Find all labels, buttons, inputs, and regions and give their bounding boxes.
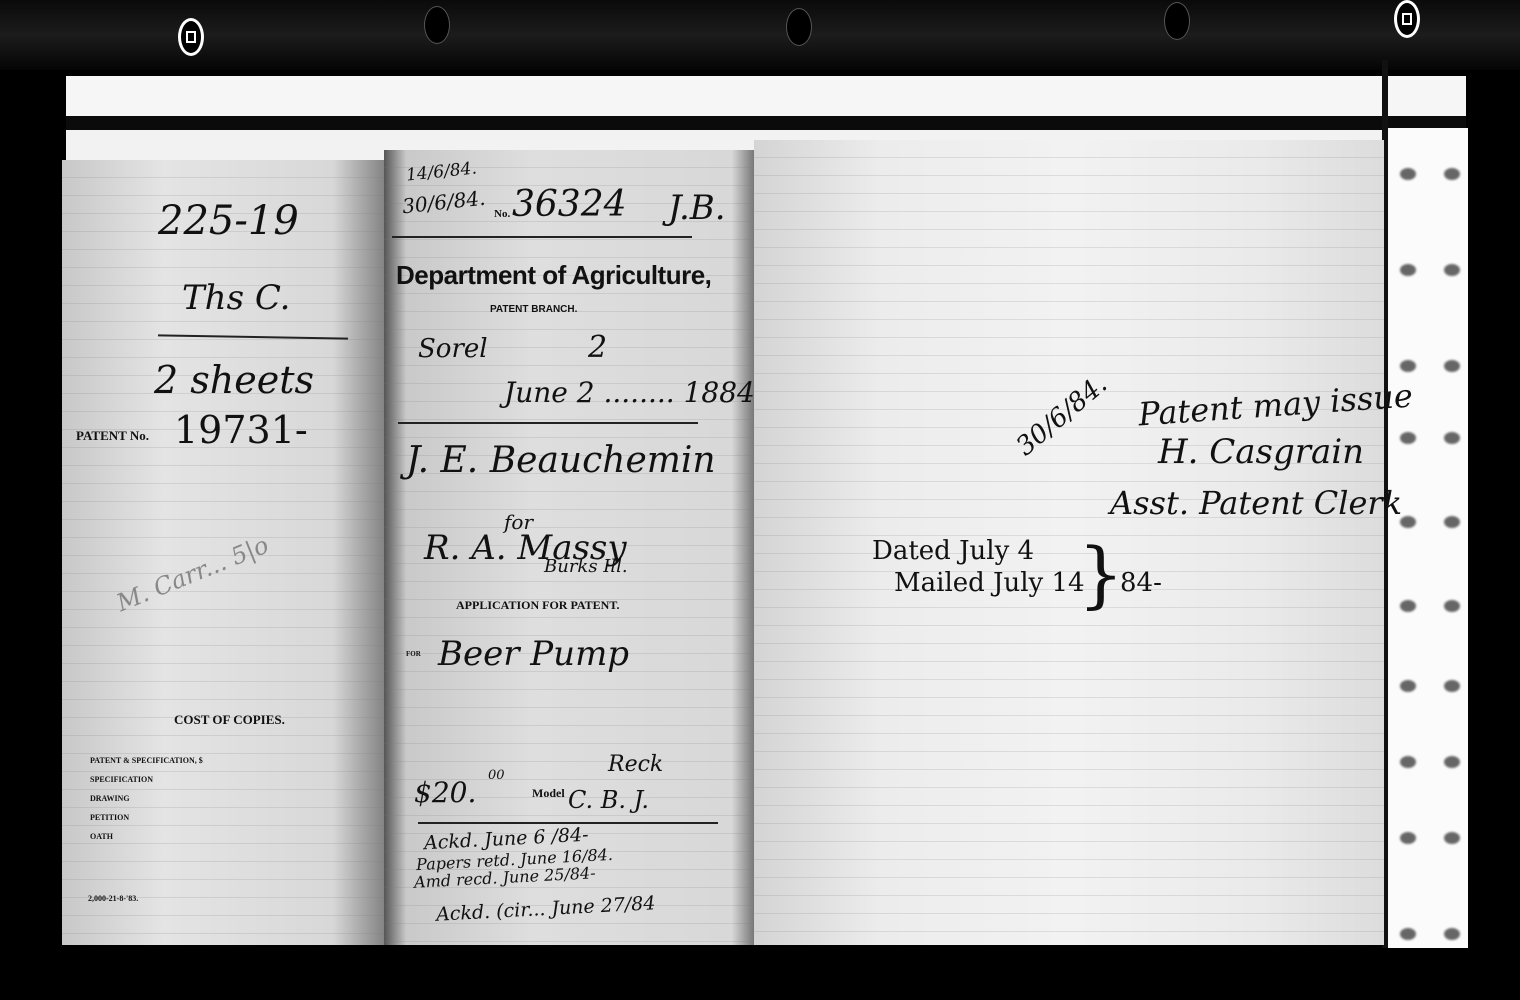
sheets-note: 2 sheets (154, 358, 314, 402)
perforation-dot (1444, 264, 1460, 276)
clerk-initials: J.B. (668, 188, 726, 228)
sprocket-hole (178, 18, 204, 56)
form-code: 2,000-21-8-'83. (88, 894, 138, 903)
cost-item: DRAWING (90, 794, 130, 803)
brace: } (1078, 532, 1124, 616)
film-bottom (0, 948, 1520, 1000)
perforation-dot (1400, 832, 1416, 844)
department-title: Department of Agriculture, (396, 260, 711, 291)
perforated-strip (1386, 128, 1468, 948)
mailed-line: Mailed July 14 (894, 568, 1085, 598)
sprocket-hole (424, 6, 450, 44)
perforation-dot (1400, 516, 1416, 528)
cost-item: PETITION (90, 813, 129, 822)
clerk-signature: H. Casgrain (1158, 432, 1364, 472)
filing-date: June 2 ........ 1884 (504, 376, 755, 409)
model-note: Reck (608, 752, 663, 777)
place: Sorel (418, 334, 488, 364)
perforation-dot (1444, 600, 1460, 612)
perforation-dot (1444, 432, 1460, 444)
cost-item: SPECIFICATION (90, 775, 153, 784)
dated-line: Dated July 4 (872, 536, 1034, 566)
patent-number-label: PATENT No. (76, 428, 149, 444)
model-label: Model (532, 786, 565, 801)
place-number: 2 (588, 330, 607, 365)
model-initials: C. B. J. (568, 786, 649, 814)
initials-mark: Ths C. (182, 278, 290, 318)
divider (398, 422, 698, 424)
perforation-dot (1400, 360, 1416, 372)
application-folder-cover: 14/6/84. 30/6/84. No. 36324 J.B. Departm… (384, 150, 754, 945)
applicant-name: J. E. Beauchemin (406, 440, 716, 481)
for-label: FOR (406, 650, 421, 658)
perforation-dot (1444, 756, 1460, 768)
cost-heading: COST OF COPIES. (174, 712, 285, 728)
folder-inner-page: Patent may issue 30/6/84. H. Casgrain As… (754, 140, 1384, 945)
perforation-dot (1444, 168, 1460, 180)
perforation-dot (1400, 600, 1416, 612)
perforation-dot (1444, 832, 1460, 844)
perforation-dot (1444, 928, 1460, 940)
sprocket-hole (786, 8, 812, 46)
folder-left-panel: 225-19 Ths C. 2 sheets PATENT No. 19731-… (62, 160, 400, 945)
sprocket-hole (1164, 2, 1190, 40)
cost-item: OATH (90, 832, 113, 841)
clerk-title: Asst. Patent Clerk (1110, 484, 1402, 522)
file-reference: 225-19 (158, 198, 299, 244)
film-strip-top (0, 0, 1520, 70)
perforation-dot (1400, 168, 1416, 180)
cost-item: PATENT & SPECIFICATION, $ (90, 756, 203, 765)
branch-title: PATENT BRANCH. (490, 304, 577, 315)
fee-cents: 00 (488, 768, 505, 783)
number-label: No. (494, 208, 510, 220)
assignee-place: Burks Ill. (544, 556, 628, 577)
perforation-dot (1400, 680, 1416, 692)
perforation-dot (1400, 928, 1416, 940)
perforation-dot (1400, 756, 1416, 768)
sprocket-hole (1394, 0, 1420, 38)
year-note: 84- (1120, 568, 1162, 598)
application-heading: APPLICATION FOR PATENT. (456, 598, 619, 613)
fee-amount: $20. (414, 776, 476, 809)
divider (418, 822, 718, 824)
application-number: 36324 (512, 184, 627, 225)
divider (392, 236, 692, 238)
perforation-dot (1444, 516, 1460, 528)
perforation-dot (1400, 264, 1416, 276)
invention-title: Beer Pump (438, 634, 629, 674)
perforation-dot (1400, 432, 1416, 444)
perforation-dot (1444, 360, 1460, 372)
patent-number-value: 19731- (174, 408, 308, 452)
perforation-dot (1444, 680, 1460, 692)
